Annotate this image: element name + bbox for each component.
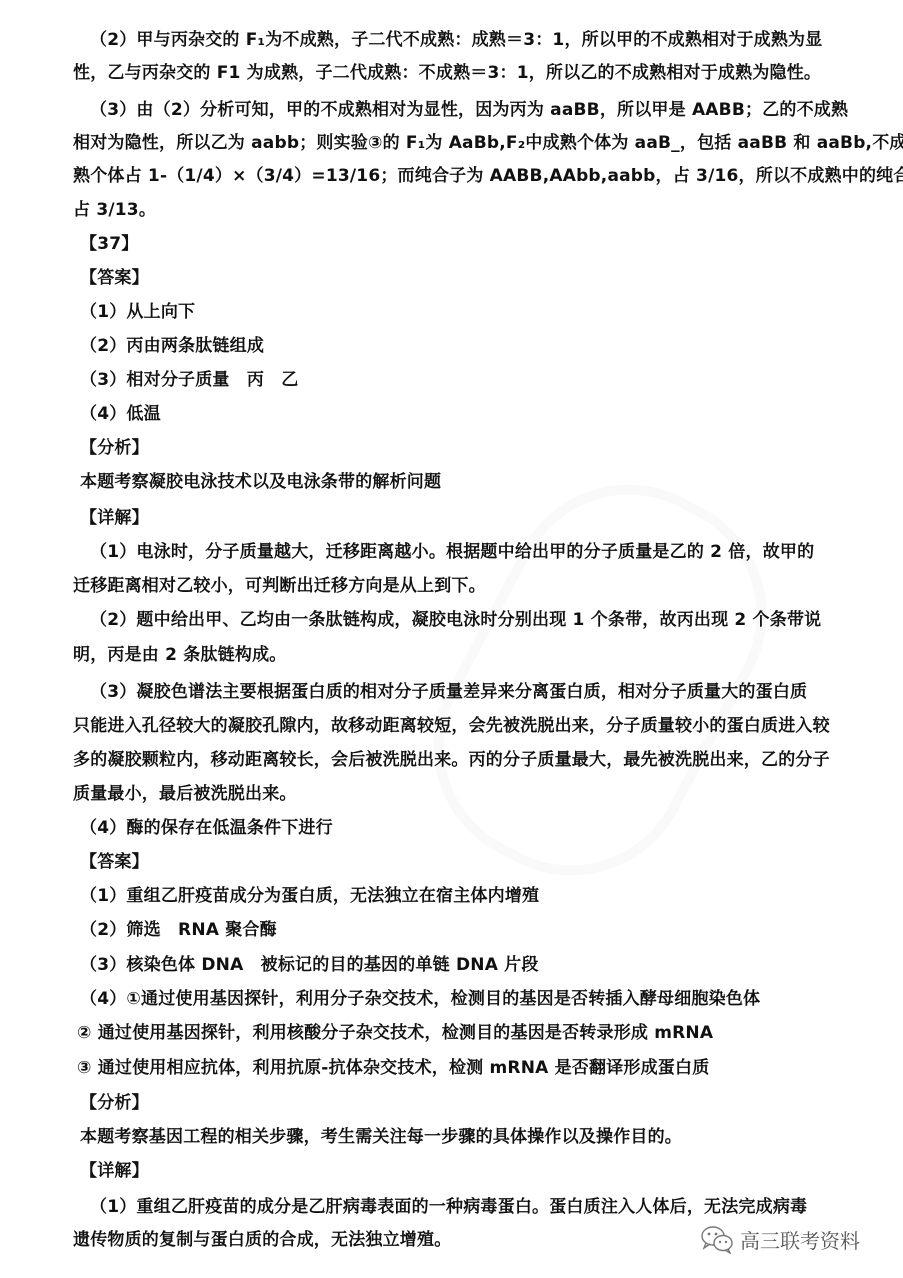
- text-line: ③ 通过使用相应抗体，利用抗原-抗体杂交技术，检测 mRNA 是否翻译形成蛋白质: [77, 1056, 709, 1080]
- text-line: （4）低温: [80, 402, 161, 426]
- text-line: 本题考察凝胶电泳技术以及电泳条带的解析问题: [80, 470, 441, 494]
- text-line: （4）①通过使用基因探针，利用分子杂交技术，检测目的基因是否转插入酵母细胞染色体: [80, 987, 760, 1011]
- text-line: （4）酶的保存在低温条件下进行: [80, 816, 333, 840]
- text-line: ② 通过使用基因探针，利用核酸分子杂交技术，检测目的基因是否转录形成 mRNA: [77, 1021, 713, 1045]
- text-line: （1）重组乙肝疫苗成分为蛋白质，无法独立在宿主体内增殖: [80, 884, 539, 908]
- watermark-text: 高三联考资料: [740, 1225, 860, 1254]
- text-line: 遗传物质的复制与蛋白质的合成，无法独立增殖。: [73, 1228, 451, 1252]
- text-line: （3）核染色体 DNA 被标记的目的基因的单链 DNA 片段: [80, 953, 539, 977]
- text-line: （1）重组乙肝疫苗的成分是乙肝病毒表面的一种病毒蛋白。蛋白质注入人体后，无法完成…: [90, 1195, 807, 1219]
- text-line: 占 3/13。: [73, 198, 156, 222]
- text-line: 本题考察基因工程的相关步骤，考生需关注每一步骤的具体操作以及操作目的。: [80, 1125, 682, 1149]
- text-line: 相对为隐性，所以乙为 aabb；则实验③的 F₁为 AaBb,F₂中成熟个体为 …: [73, 131, 903, 155]
- text-line: 【分析】: [80, 1091, 149, 1115]
- text-line: 质量最小，最后被洗脱出来。: [73, 782, 297, 806]
- text-line: 【答案】: [80, 850, 149, 874]
- text-line: （3）凝胶色谱法主要根据蛋白质的相对分子质量差异来分离蛋白质，相对分子质量大的蛋…: [90, 680, 807, 704]
- text-line: （1）电泳时，分子质量越大，迁移距离越小。根据题中给出甲的分子质量是乙的 2 倍…: [90, 540, 814, 564]
- text-line: 【37】: [80, 232, 138, 256]
- text-line: （2）甲与丙杂交的 F₁为不成熟，子二代不成熟：成熟＝3：1，所以甲的不成熟相对…: [90, 28, 822, 52]
- text-line: 【详解】: [80, 1159, 149, 1183]
- text-line: （1）从上向下: [80, 300, 195, 324]
- text-line: 【分析】: [80, 436, 149, 460]
- text-line: （3）相对分子质量 丙 乙: [80, 368, 298, 392]
- text-line: 只能进入孔径较大的凝胶孔隙内，故移动距离较短，会先被洗脱出来，分子质量较小的蛋白…: [73, 714, 830, 738]
- text-line: 明，丙是由 2 条肽链构成。: [73, 643, 286, 667]
- wechat-watermark: 高三联考资料: [700, 1222, 860, 1256]
- text-line: 【答案】: [80, 266, 149, 290]
- wechat-icon: [700, 1224, 734, 1254]
- text-line: 多的凝胶颗粒内，移动距离较长，会后被洗脱出来。丙的分子质量最大，最先被洗脱出来，…: [73, 748, 830, 772]
- text-line: 熟个体占 1-（1/4）×（3/4）=13/16；而纯合子为 AABB,AAbb…: [73, 164, 903, 188]
- text-line: 【详解】: [80, 506, 149, 530]
- document-page: （2）甲与丙杂交的 F₁为不成熟，子二代不成熟：成熟＝3：1，所以甲的不成熟相对…: [0, 0, 903, 1278]
- text-line: 性，乙与丙杂交的 F1 为成熟，子二代成熟：不成熟＝3：1，所以乙的不成熟相对于…: [73, 61, 821, 85]
- text-line: （3）由（2）分析可知，甲的不成熟相对为显性，因为丙为 aaBB，所以甲是 AA…: [90, 98, 848, 122]
- text-line: （2）丙由两条肽链组成: [80, 334, 264, 358]
- text-line: 迁移距离相对乙较小，可判断出迁移方向是从上到下。: [73, 574, 486, 598]
- text-line: （2）筛选 RNA 聚合酶: [80, 918, 277, 942]
- text-line: （2）题中给出甲、乙均由一条肽链构成，凝胶电泳时分别出现 1 个条带，故丙出现 …: [90, 608, 821, 632]
